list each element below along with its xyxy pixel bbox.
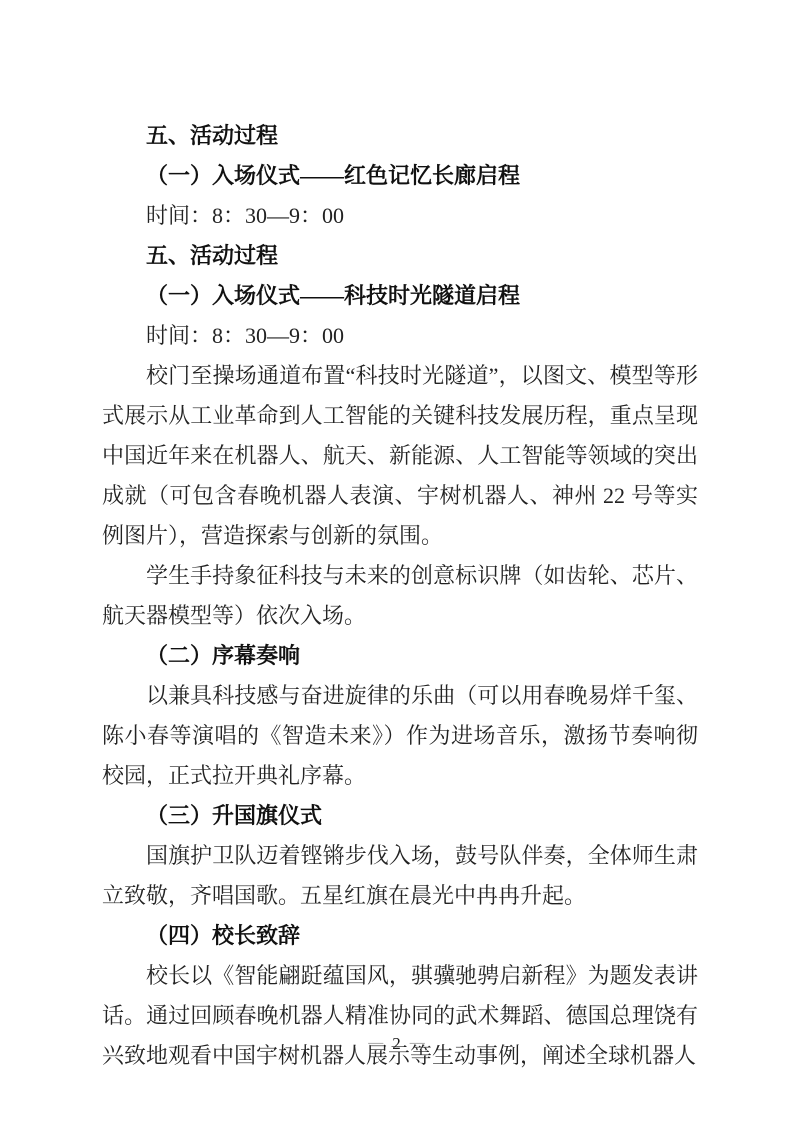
paragraph-tech-tunnel-description: 校门至操场通道布置“科技时光隧道”，以图文、模型等形式展示从工业革命到人工智能的… [102, 356, 698, 556]
page-number: 2 [392, 1034, 401, 1053]
document-page: 五、活动过程 （一）入场仪式——红色记忆长廊启程 时间：8：30—9：00 五、… [0, 0, 793, 1122]
time-line-1: 时间：8：30—9：00 [102, 196, 698, 236]
subsection-heading-flag-ceremony: （三）升国旗仪式 [102, 796, 698, 836]
paragraph-principal-speech: 校长以《智能翩跹蕴国风，骐骥驰骋启新程》为题发表讲话。通过回顾春晚机器人精准协同… [102, 956, 698, 1076]
subsection-heading-entrance-tech-tunnel: （一）入场仪式——科技时光隧道启程 [102, 276, 698, 316]
page-number-dash-right: — [410, 1035, 425, 1051]
subsection-heading-principal-speech: （四）校长致辞 [102, 916, 698, 956]
page-number-dash-left: — [368, 1035, 383, 1051]
page-number-footer: —2— [0, 1032, 793, 1057]
paragraph-flag-ceremony: 国旗护卫队迈着铿锵步伐入场，鼓号队伴奏，全体师生肃立致敬，齐唱国歌。五星红旗在晨… [102, 836, 698, 916]
subsection-heading-prologue-music: （二）序幕奏响 [102, 636, 698, 676]
paragraph-prologue-music: 以兼具科技感与奋进旋律的乐曲（可以用春晚易烊千玺、陈小春等演唱的《智造未来》）作… [102, 676, 698, 796]
section-heading-activity-process-2: 五、活动过程 [102, 236, 698, 276]
time-line-2: 时间：8：30—9：00 [102, 316, 698, 356]
subsection-heading-entrance-red-corridor: （一）入场仪式——红色记忆长廊启程 [102, 156, 698, 196]
paragraph-students-entrance: 学生手持象征科技与未来的创意标识牌（如齿轮、芯片、航天器模型等）依次入场。 [102, 556, 698, 636]
document-body: 五、活动过程 （一）入场仪式——红色记忆长廊启程 时间：8：30—9：00 五、… [102, 116, 698, 1076]
section-heading-activity-process-1: 五、活动过程 [102, 116, 698, 156]
